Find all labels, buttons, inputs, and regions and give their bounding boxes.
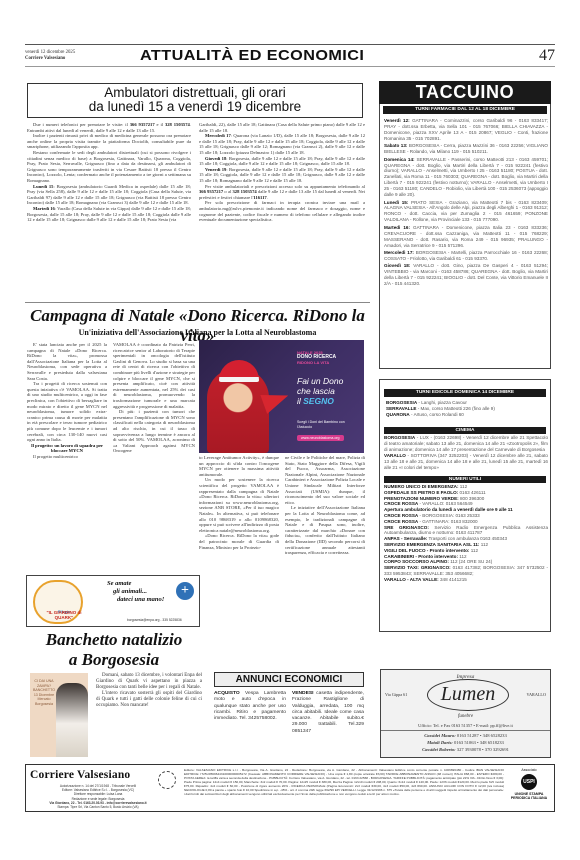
paragraph: Per visite ambulatoriali e prescrizioni … xyxy=(199,184,365,201)
header-divider xyxy=(25,66,555,67)
farmacia-entry: Domenica 14: SERRAVALLE - Passerini, cor… xyxy=(384,157,548,198)
campaign-slogan: Fai un Dono che lascia il SEGNO xyxy=(297,376,343,406)
enpa-contact: borgosesia@enpa.org - 335 5225836 xyxy=(127,618,182,622)
paragraph: Le iniziative dell'Associazione Italiana… xyxy=(285,505,365,555)
ambulatori-column-1: Due i numeri telefonici per prenotare le… xyxy=(27,122,191,223)
campagna-image: NATALE 2025 DONO RICERCA RIDONO LA VITA … xyxy=(199,340,364,453)
corriere-valsesiano-logo: Corriere Valsesiano xyxy=(30,769,130,781)
lumen-contact: Cassidei Mauro: 0163 51287 • 348 6528233 xyxy=(381,733,550,738)
paragraph: Di più: i pazienti con tumori che presen… xyxy=(113,409,195,454)
farmacie-box: TURNI FARMACIE DAL 12 AL 18 DICEMBRE Ven… xyxy=(379,104,551,369)
paragraph: Per sola prescrizione di farmaci in tera… xyxy=(199,200,365,222)
farmacia-entry: Mercoledì 17: BORGOSESIA - Martelli, pia… xyxy=(384,250,548,262)
paragraph: Inoltre i pazienti rimasti privi di medi… xyxy=(27,133,191,150)
paragraph: Lunedì 15: Borgosesia (ambulatorio Guard… xyxy=(27,184,191,206)
paragraph: Venerdì 19: Borgosesia, dalle 9 alle 12 … xyxy=(199,167,365,184)
lumen-contact: Cassidei Roberto: 327 3930078 • 370 3292… xyxy=(381,747,550,752)
paragraph: L'intero ricavato sosterrà gli ospiti de… xyxy=(96,691,202,709)
lumen-name: Lumen xyxy=(427,682,509,706)
numeri-utili-list: NUMERO UNICO DI EMERGENZA: 112 OSPEDALE … xyxy=(384,484,548,583)
campagna-column-3: to Leverage Antitumor Activity», è dunqu… xyxy=(199,455,279,550)
utility-box: TURNI EDICOLE DOMENICA 14 DICEMBRE BORGO… xyxy=(379,379,551,632)
paragraph: Il progetto multicentrico xyxy=(27,454,107,460)
paper-name: Corriere Valsesiano xyxy=(25,56,75,62)
ambulatori-headline: Ambulatori distrettuali, gli orari da lu… xyxy=(27,83,363,118)
campagna-subtitle: Un'iniziativa dell'Associazione Italiana… xyxy=(25,328,370,337)
section-divider xyxy=(25,302,370,303)
uspi-badge: Associato USPI UNIONE STAMPA PERIODICA I… xyxy=(510,768,548,800)
enpa-slogan: Se amate gli animali... dateci una mano! xyxy=(107,580,164,604)
cat-photo xyxy=(56,683,88,757)
lumen-town: VARALLO xyxy=(527,692,546,697)
farmacie-list: Venerdì 12: GATTINARA - Cominazzini, cor… xyxy=(384,118,548,289)
campaign-sub: Scegli i Doni del Bambino con l'Astuccio xyxy=(297,420,357,429)
paragraph: Domani, sabato 13 dicembre, i volontari … xyxy=(96,673,202,691)
paragraph: ne Civile e le Politiche del mare, Poliz… xyxy=(285,455,365,505)
numero-entry: VARALLO - ALTA VALLE: 348 4141215 xyxy=(384,577,548,583)
publisher-info: Autorizzazione n. 14 del 27/1/1948 - Tri… xyxy=(38,784,158,809)
campaign-brand: NATALE 2025 DONO RICERCA RIDONO LA VITA xyxy=(297,350,336,365)
masthead-footer: Corriere Valsesiano Autorizzazione n. 14… xyxy=(25,764,555,812)
paragraph: E' stata lanciata anche per il 2025 la c… xyxy=(27,342,107,381)
annuncio-vendesi: VENDESI casetta indipendente, Frazione R… xyxy=(292,691,364,735)
farmacia-entry: Sabato 13: BORGOSESIA - Cerra, piazza Ma… xyxy=(384,143,548,155)
farmacia-entry: Venerdì 12: GATTINARA - Cominazzini, cor… xyxy=(384,118,548,142)
numero-entry: SRE GRIGNASCO: Servizio Radio Emergenza … xyxy=(384,525,548,537)
lumen-funebre: funebre xyxy=(381,714,550,719)
campagna-column-4: ne Civile e le Politiche del mare, Poliz… xyxy=(285,455,365,556)
giardino-quark-logo: Rifugio"IL GIARDINO di QUARK" xyxy=(33,580,83,624)
paragraph: VAMOLAA è coordinato da Patrizia Perri, … xyxy=(113,342,195,409)
editorial-info: Editore: VALSESIANO EDITRICE s.r.l. - Bo… xyxy=(184,768,504,796)
santa-hat-icon xyxy=(219,360,259,382)
paragraph: Giovedì 18: Borgosesia, dalle 9 alle 12 … xyxy=(199,156,365,167)
page-header: venerdì 12 dicembre 2025 Corriere Valses… xyxy=(25,44,555,66)
paragraph: Martedì 16: Varallo (Casa della Salute i… xyxy=(27,206,191,223)
annunci-header: ANNUNCI ECONOMICI xyxy=(214,672,364,687)
paragraph: Due i numeri telefonici per prenotare le… xyxy=(27,122,191,133)
paragraph: Restano confermate le sedi degli ambulat… xyxy=(27,150,191,184)
lumen-office: Ufficio: Tel. e Fax 0163 51357 • E-mail:… xyxy=(381,723,550,731)
paragraph: Un modo per sostenere la ricerca scienti… xyxy=(199,477,279,533)
campaign-url: www.neuroblastoma.org xyxy=(297,435,344,441)
farmacia-entry: Martedì 16: GATTINARA - Domenicone, piaz… xyxy=(384,225,548,249)
page-number: 47 xyxy=(539,47,555,65)
issue-date: venerdì 12 dicembre 2025 xyxy=(25,50,75,56)
paragraph: Mercoledì 17: Quarona (via Lanzio 1/D), … xyxy=(199,133,365,155)
paragraph: «Dono Ricerca. RiDono la vita» gode del … xyxy=(199,533,279,550)
headline-line-1: Ambulatori distrettuali, gli orari xyxy=(28,86,362,100)
seal-icon xyxy=(158,771,176,789)
headline-line-2: da lunedì 15 a venerdì 19 dicembre xyxy=(28,100,362,114)
banchetto-image-text: CI DAI UNA ZAMPA? BANCHETTO 13 Dicembre … xyxy=(32,679,56,707)
lumen-address: Via Gippa 61 xyxy=(385,692,407,697)
numero-entry: SERVIZIO TAXI: GRIGNASCO: 0163 417382; B… xyxy=(384,565,548,577)
cinema-list: BORGOSESIA - LUX - (0163 22698) - Venerd… xyxy=(384,435,548,470)
banchetto-text: Domani, sabato 13 dicembre, i volontari … xyxy=(96,673,202,709)
ambulatori-column-2: Garibaldi, 22), dalle 15 alle 18; Gattin… xyxy=(199,122,365,223)
subheading: Il progetto: un lavoro di squadra per bl… xyxy=(27,443,107,454)
campagna-column-2: VAMOLAA è coordinato da Patrizia Perri, … xyxy=(113,342,195,454)
edicole-list: BORGOSESIA - Langhi, piazza Cavour SERRA… xyxy=(386,400,546,418)
uspi-logo-icon: USPI xyxy=(521,774,537,790)
issue-date-block: venerdì 12 dicembre 2025 Corriere Valses… xyxy=(25,50,75,61)
banchetto-title: Banchetto natalizio a Borgosesia xyxy=(28,630,200,670)
paragraph: Tra i progetti di ricerca sostenuti con … xyxy=(27,381,107,443)
cinema-entry: BORGOSESIA - LUX - (0163 22698) - Venerd… xyxy=(384,435,548,453)
banchetto-image: CI DAI UNA ZAMPA? BANCHETTO 13 Dicembre … xyxy=(30,673,88,757)
numeri-utili-header: NUMERI UTILI xyxy=(384,476,546,483)
edicole-header: TURNI EDICOLE DOMENICA 14 DICEMBRE xyxy=(384,389,546,397)
taccuino-title: TACCUINO xyxy=(379,81,551,104)
annuncio-acquisto: ACQUISTO Vespa Lambretta moto e auto d'e… xyxy=(214,691,286,722)
farmacie-header: TURNI FARMACIE DAL 12 AL 18 DICEMBRE xyxy=(383,106,547,114)
farmacia-entry: Giovedì 18: VARALLO - dott. Gino, piazza… xyxy=(384,263,548,287)
enpa-cross-icon: + xyxy=(176,582,194,600)
lumen-contact: Maioli Daris: 0163 51063 • 348 6518233 xyxy=(381,740,550,745)
edicola-entry: QUARONA - Artuso, corso Rolandi 60 xyxy=(386,412,546,418)
enpa-advertisement: Rifugio"IL GIARDINO di QUARK" Se amate g… xyxy=(26,575,200,627)
cinema-header: CINEMA xyxy=(384,427,546,434)
paragraph: to Leverage Antitumor Activity», è dunqu… xyxy=(199,455,279,477)
campagna-column-1: E' stata lanciata anche per il 2025 la c… xyxy=(27,342,107,459)
cinema-entry: VARALLO - SOTTORIVA (347 3252203) - Vene… xyxy=(384,453,548,471)
paragraph: Garibaldi, 22), dalle 15 alle 18; Gattin… xyxy=(199,122,365,133)
farmacia-entry: Lunedì 15: PRATO SESIA - Graziano, via M… xyxy=(384,200,548,224)
lumen-advertisement: Impresa Lumen Via Gippa 61 VARALLO funeb… xyxy=(380,669,551,758)
section-title: ATTUALITÀ ED ECONOMICI xyxy=(140,47,364,64)
